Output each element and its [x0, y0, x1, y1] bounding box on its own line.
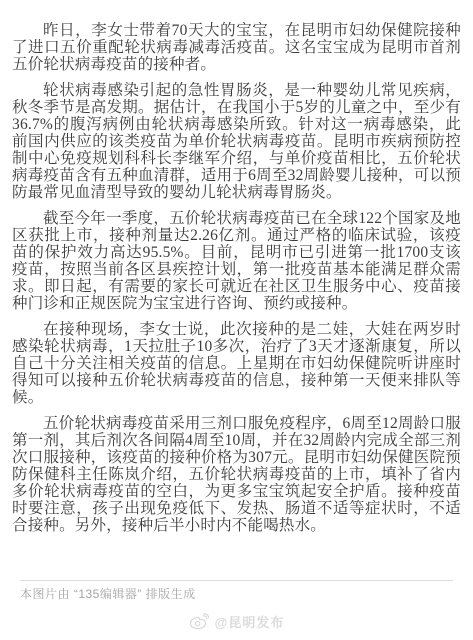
- paragraph-1: 昨日，李女士带着70天大的宝宝，在昆明市妇幼保健院接种了进口五价重配轮状病毒减毒…: [12, 22, 461, 73]
- footer-divider: [20, 580, 453, 581]
- watermark-text: @昆明发布: [215, 612, 285, 631]
- paragraph-4: 在接种现场，李女士说，此次接种的是二娃，大娃在两岁时感染轮状病毒，1天拉肚子10…: [12, 321, 461, 406]
- editor-credit-text: 本图片由 “135编辑器” 排版生成: [20, 587, 196, 601]
- paragraph-3: 截至今年一季度，五价轮状病毒疫苗已在全球122个国家及地区获批上市，接种剂量达2…: [12, 210, 461, 312]
- paragraph-2: 轮状病毒感染引起的急性胃肠炎，是一种婴幼儿常见疾病，秋冬季节是高发期。据估计，在…: [12, 82, 461, 201]
- article-body: 昨日，李女士带着70天大的宝宝，在昆明市妇幼保健院接种了进口五价重配轮状病毒减毒…: [12, 22, 461, 543]
- weibo-logo-icon: [189, 613, 209, 630]
- paragraph-5: 五价轮状病毒疫苗采用三剂口服免疫程序，6周至12周龄口服第一剂，其后剂次各间隔4…: [12, 415, 461, 534]
- article-image-page: 昨日，李女士带着70天大的宝宝，在昆明市妇幼保健院接种了进口五价重配轮状病毒减毒…: [0, 0, 473, 640]
- watermark: @昆明发布: [0, 612, 473, 631]
